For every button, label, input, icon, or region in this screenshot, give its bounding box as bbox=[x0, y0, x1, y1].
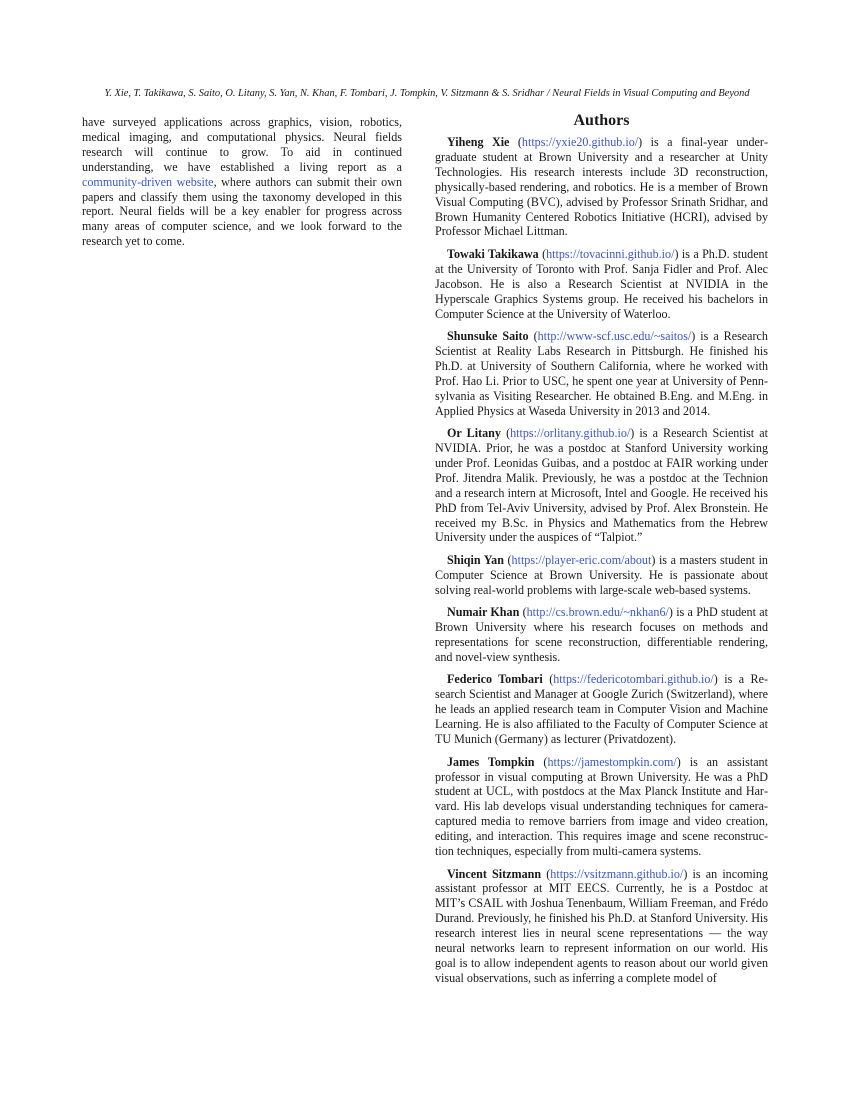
author-bio-text: is a Research Scientist at NVIDIA. Prior… bbox=[435, 426, 768, 544]
running-head: Y. Xie, T. Takikawa, S. Saito, O. Litany… bbox=[62, 88, 792, 99]
author-url-link[interactable]: https://tovacinni.github.io/ bbox=[546, 247, 674, 261]
author-url-link[interactable]: http://cs.brown.edu/~nkhan6/ bbox=[527, 605, 669, 619]
author-bio-tombari: Federico Tombari (https://federicotombar… bbox=[435, 672, 768, 747]
author-name: Towaki Takikawa bbox=[447, 247, 539, 261]
author-bio-text: is an assistant professor in visual comp… bbox=[435, 755, 768, 858]
author-bio-sitzmann: Vincent Sitzmann (https://vsitzmann.gith… bbox=[435, 867, 768, 986]
author-name: James Tompkin bbox=[447, 755, 535, 769]
authors-section: Authors Yiheng Xie (https://yxie20.githu… bbox=[435, 112, 768, 993]
community-website-link[interactable]: community-driven website bbox=[82, 175, 214, 189]
author-bio-yan: Shiqin Yan (https://player-eric.com/abou… bbox=[435, 553, 768, 598]
author-bio-litany: Or Litany (https://orlitany.github.io/) … bbox=[435, 426, 768, 545]
author-name: Numair Khan bbox=[447, 605, 519, 619]
author-bio-tompkin: James Tompkin (https://jamestompkin.com/… bbox=[435, 755, 768, 859]
author-name: Shiqin Yan bbox=[447, 553, 504, 567]
author-url-link[interactable]: http://www-scf.usc.edu/~saitos/ bbox=[538, 329, 692, 343]
left-column: have surveyed applications across graphi… bbox=[82, 115, 402, 249]
conclusion-paragraph: have surveyed applications across graphi… bbox=[82, 115, 402, 249]
author-name: Or Litany bbox=[447, 426, 501, 440]
author-name: Shunsuke Saito bbox=[447, 329, 529, 343]
author-url-link[interactable]: https://player-eric.com/about bbox=[512, 553, 652, 567]
author-url-link[interactable]: https://vsitzmann.github.io/ bbox=[550, 867, 683, 881]
section-title-authors: Authors bbox=[435, 112, 768, 130]
author-url-link[interactable]: https://jamestompkin.com/ bbox=[547, 755, 676, 769]
author-bio-takikawa: Towaki Takikawa (https://tovacinni.githu… bbox=[435, 247, 768, 322]
author-url-link[interactable]: https://federicotombari.github.io/ bbox=[553, 672, 714, 686]
author-name: Federico Tombari bbox=[447, 672, 543, 686]
author-bio-khan: Numair Khan (http://cs.brown.edu/~nkhan6… bbox=[435, 605, 768, 665]
conclusion-text-before-link: have surveyed applications across graphi… bbox=[82, 115, 402, 174]
author-bio-saito: Shunsuke Saito (http://www-scf.usc.edu/~… bbox=[435, 329, 768, 418]
author-bio-xie: Yiheng Xie (https://yxie20.github.io/) i… bbox=[435, 135, 768, 239]
author-bio-text: is a final-year under­graduate student a… bbox=[435, 135, 768, 238]
author-bio-text: is an incom­ing assistant professor at M… bbox=[435, 867, 768, 985]
author-url-link[interactable]: https://orlitany.github.io/ bbox=[510, 426, 630, 440]
author-url-link[interactable]: https://yxie20.github.io/ bbox=[522, 135, 638, 149]
author-name: Yiheng Xie bbox=[447, 135, 509, 149]
author-name: Vincent Sitzmann bbox=[447, 867, 541, 881]
